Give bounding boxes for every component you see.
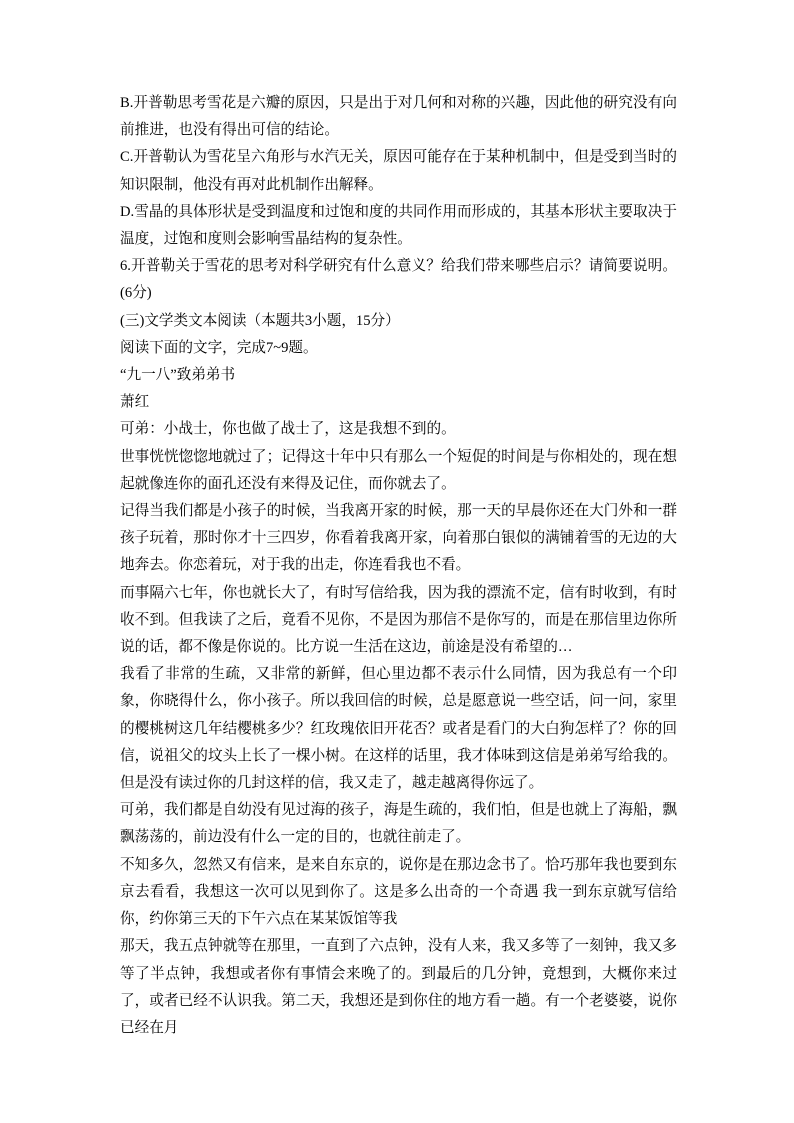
letter-author: 萧红 [120,389,677,416]
letter-paragraph: 那天，我五点钟就等在那里，一直到了六点钟，没有人来，我又多等了一刻钟，我又多等了… [120,933,677,1042]
letter-paragraph: 而事隔六七年，你也就长大了，有时写信给我，因为我的漂流不定，信有时收到，有时收不… [120,580,677,662]
choice-option-b: B.开普勒思考雪花是六瓣的原因，只是出于对几何和对称的兴趣，因此他的研究没有向前… [120,90,677,144]
letter-paragraph: 我看了非常的生疏，又非常的新鲜，但心里边都不表示什么同情，因为我总有一个印象，你… [120,661,677,797]
section-header: (三)文学类文本阅读（本题共3小题，15分） [120,308,677,335]
letter-title: “九一八”致弟弟书 [120,362,677,389]
letter-paragraph: 世事恍恍惚惚地就过了；记得这十年中只有那么一个短促的时间是与你相处的，现在想起就… [120,444,677,498]
letter-paragraph: 可弟：小战士，你也做了战士了，这是我想不到的。 [120,416,677,443]
letter-paragraph: 可弟，我们都是自幼没有见过海的孩子，海是生疏的，我们怕，但是也就上了海船，飘飘荡… [120,797,677,851]
letter-paragraph: 不知多久，忽然又有信来，是来自东京的，说你是在那边念书了。恰巧那年我也要到东京去… [120,852,677,934]
choice-option-c: C.开普勒认为雪花呈六角形与水汽无关，原因可能存在于某种机制中，但是受到当时的知… [120,144,677,198]
document-page: B.开普勒思考雪花是六瓣的原因，只是出于对几何和对称的兴趣，因此他的研究没有向前… [0,0,794,1123]
question-6: 6.开普勒关于雪花的思考对科学研究有什么意义？给我们带来哪些启示？请简要说明。(… [120,253,677,307]
choice-option-d: D.雪晶的具体形状是受到温度和过饱和度的共同作用而形成的，其基本形状主要取决于温… [120,199,677,253]
letter-paragraph: 记得当我们都是小孩子的时候，当我离开家的时候，那一天的早晨你还在大门外和一群孩子… [120,498,677,580]
reading-instruction: 阅读下面的文字，完成7~9题。 [120,335,677,362]
